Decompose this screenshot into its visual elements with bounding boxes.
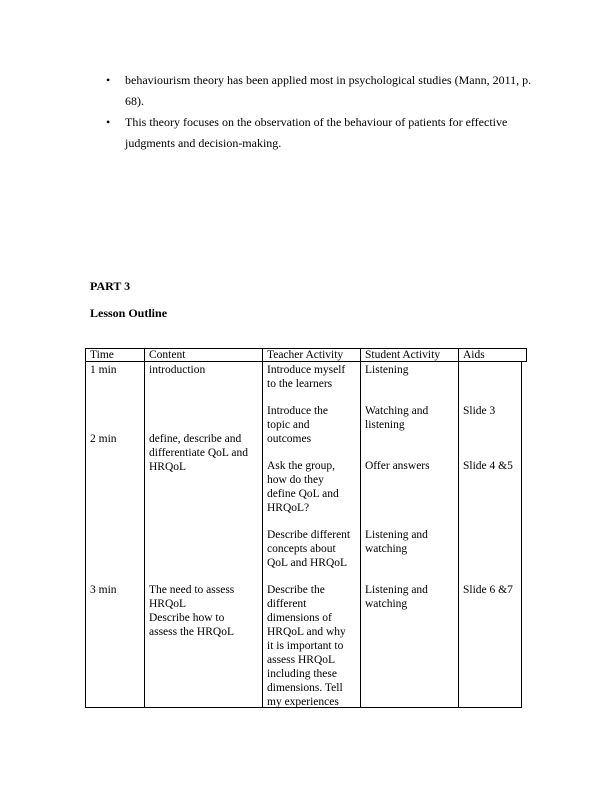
column-divider	[458, 361, 459, 707]
cell-teacher: Introduce the topic and outcomes	[267, 404, 328, 446]
cell-student: Listening and watching	[365, 583, 428, 611]
table-body: 1 min introduction Introduce myself to t…	[85, 361, 522, 708]
header-teacher-activity: Teacher Activity	[263, 349, 361, 361]
header-time: Time	[86, 349, 145, 361]
cell-aids: Slide 6 &7	[463, 583, 513, 597]
bullet-list: • behaviourism theory has been applied m…	[106, 70, 536, 154]
column-divider	[262, 361, 263, 707]
cell-student: Watching and listening	[365, 404, 428, 432]
cell-time: 3 min	[90, 583, 117, 597]
cell-aids: Slide 3	[463, 404, 495, 418]
header-content: Content	[145, 349, 263, 361]
cell-time: 1 min	[90, 363, 117, 377]
column-divider	[360, 361, 361, 707]
cell-teacher: Describe the different dimensions of HRQ…	[267, 583, 346, 709]
bullet-item: • behaviourism theory has been applied m…	[106, 70, 536, 112]
part-heading: PART 3	[90, 279, 130, 294]
column-divider	[144, 361, 145, 707]
cell-content: The need to assess HRQoL Describe how to…	[149, 583, 234, 639]
cell-student: Listening and watching	[365, 528, 428, 556]
bullet-text: behaviourism theory has been applied mos…	[125, 73, 531, 108]
cell-content: define, describe and differentiate QoL a…	[149, 432, 248, 474]
bullet-icon: •	[106, 70, 110, 91]
table-header-row: Time Content Teacher Activity Student Ac…	[85, 348, 527, 362]
cell-time: 2 min	[90, 432, 117, 446]
bullet-text: This theory focuses on the observation o…	[125, 115, 507, 150]
cell-teacher: Ask the group, how do they define QoL an…	[267, 459, 339, 515]
header-student-activity: Student Activity	[361, 349, 459, 361]
bullet-item: • This theory focuses on the observation…	[106, 112, 536, 154]
header-aids: Aids	[459, 349, 525, 361]
bullet-icon: •	[106, 112, 110, 133]
cell-teacher: Introduce myself to the learners	[267, 363, 345, 391]
cell-content: introduction	[149, 363, 205, 377]
document-page: • behaviourism theory has been applied m…	[0, 0, 612, 792]
cell-student: Offer answers	[365, 459, 430, 473]
cell-teacher: Describe different concepts about QoL an…	[267, 528, 350, 570]
cell-aids: Slide 4 &5	[463, 459, 513, 473]
section-heading: Lesson Outline	[90, 306, 167, 321]
cell-student: Listening	[365, 363, 408, 377]
